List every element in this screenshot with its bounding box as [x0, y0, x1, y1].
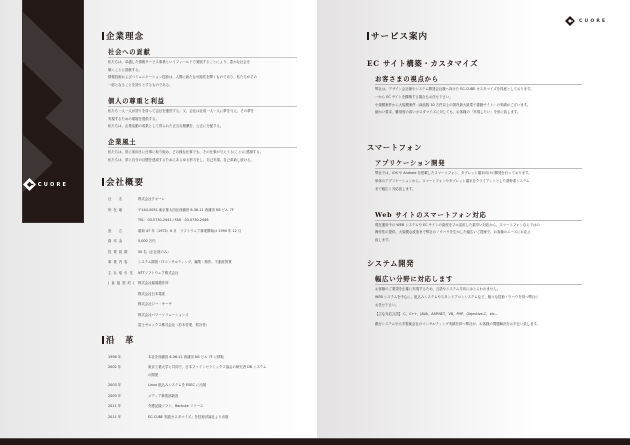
paragraph: 私たち一人一人が誇りを持って会社を運営する。又、会社は社員一人一人に夢を与え、そ…: [108, 108, 297, 131]
history-row: 2003 年Linux 組込みシステムを ESEC に出展: [108, 379, 297, 390]
history-row: 2011 年EC-CUBE 実践カスタマイズ」を技術評論社より出版: [108, 411, 297, 422]
profile-row: 主な取引先NTTソフトウェア株式会社: [108, 267, 297, 278]
profile-row: 従業員数50 名（正社員のみ）: [108, 246, 297, 257]
subsection-title: Web サイトのスマートフォン対応: [375, 210, 582, 221]
company-profile-section: 会社概要 社 名株式会社クオーレ 所在地〒144-0051 東京都大田区西蒲田 …: [102, 176, 297, 330]
header-logo: CUORE: [565, 16, 607, 26]
service-heading: システム開発: [367, 259, 582, 269]
service-ec: EC サイト構築・カスタマイズ お客さまの視点から 弊社は、デザイン会社様やシス…: [367, 59, 582, 117]
profile-row: 資本金5,000 万円: [108, 235, 297, 246]
section-title: 会社概要: [102, 176, 297, 188]
profile-row: 株式会社パワーソリューションズ: [108, 309, 297, 320]
subsection-title: アプリケーション開発: [375, 158, 582, 169]
service-smartphone: スマートフォン アプリケーション開発 弊社では、iOS や Android を搭…: [367, 143, 582, 245]
paragraph: お客様のご要望を正確に実現するため、言語やシステム方向にはとらわれません。 WE…: [375, 286, 582, 329]
profile-row: 設 立昭和 47 年（1972）6 月 ソフトウェア事業開始は 1990 年 1…: [108, 225, 297, 236]
profile-row: (直接契約)株式会社堀場製作所: [108, 277, 297, 288]
left-page: CUORE 企業理念 社会への貢献 私たちは、卓越した情報サービス事業というフィ…: [0, 0, 317, 438]
history-row: 2009 年メディア事業部新設: [108, 390, 297, 401]
profile-row: 富士ゼロックス株式会社（杉本営業、熊谷営）: [108, 319, 297, 330]
paragraph: 私たちは、常に前向きに仕事に取り組め、どの様な仕事でも、その仕事が与えうる(こと…: [108, 149, 297, 164]
subsection-title: 企業風土: [108, 137, 297, 148]
cuore-logo-mark-icon: [23, 178, 36, 191]
header-logo-text: CUORE: [579, 19, 607, 24]
history-row: 2011 年介護記録ソフト、Rachute リリース: [108, 400, 297, 411]
history-section: 沿 革 1998 年本社を西蒲田 6-36-11 西蒲田 NS ビル 7F に移…: [102, 334, 297, 422]
left-content: 企業理念 社会への貢献 私たちは、卓越した情報サービス事業というフィールドで発展…: [102, 30, 297, 421]
service-heading: EC サイト構築・カスタマイズ: [367, 59, 582, 69]
brand-banner: CUORE: [22, 0, 84, 223]
service-heading: スマートフォン: [367, 143, 582, 153]
title-bar-icon: [102, 32, 104, 40]
profile-row: 社 名株式会社クオーレ: [108, 193, 297, 204]
right-content: サービス案内 EC サイト構築・カスタマイズ お客さまの視点から 弊社は、デザイ…: [367, 30, 582, 339]
paragraph: 弊社では、iOS や Android を搭載したスマートフォン、タブレット端末向…: [375, 170, 582, 193]
paragraph: 弊社は、デザイン会社様やシステム開発会社様へ向けた EC-CUBE カスタマイズ…: [375, 86, 582, 117]
profile-row: 株式会社ジー・サーチ: [108, 298, 297, 309]
title-bar-icon: [102, 336, 104, 344]
subsection-title: 幅広い分野に対応します: [375, 274, 582, 285]
subsection-title: お客さまの視点から: [375, 74, 582, 85]
history-table: 1998 年本社を西蒲田 6-36-11 西蒲田 NS ビル 7F に移転 20…: [108, 351, 297, 422]
paragraph: 私たちは、卓越した情報サービス事業というフィールドで発展することにより、豊かな社…: [108, 59, 297, 90]
history-row: 1998 年本社を西蒲田 6-36-11 西蒲田 NS ビル 7F に移転: [108, 351, 297, 362]
section-title: 沿 革: [102, 334, 297, 346]
paragraph: 現在運用中の WEB システムや EC サイトの資産をフル活用した素早い対応から…: [375, 222, 582, 245]
title-bar-icon: [102, 178, 104, 186]
cuore-logo-mark-icon: [565, 16, 575, 26]
profile-table: 社 名株式会社クオーレ 所在地〒144-0051 東京都大田区西蒲田 6-36-…: [108, 193, 297, 330]
service-system: システム開発 幅広い分野に対応します お客様のご要望を正確に実現するため、言語や…: [367, 259, 582, 329]
subsection-title: 個人の尊重と利益: [108, 96, 297, 107]
section-title: 企業理念: [102, 30, 297, 42]
subsection-title: 社会への貢献: [108, 47, 297, 58]
profile-row: 事業内容システム開発・ITコンサルティング、編集・制作、不動産賃貸: [108, 256, 297, 267]
history-row: 2002 年東京工業大学と共同で、日本ファインセラミックス協会の研究者 DB シ…: [108, 361, 297, 379]
profile-row: TEL：03-5730-2441 / FAX：03-5730-2446: [108, 214, 297, 225]
section-title: サービス案内: [367, 30, 582, 42]
title-bar-icon: [367, 32, 369, 40]
banner-logo: CUORE: [23, 178, 83, 188]
philosophy-section: 企業理念 社会への貢献 私たちは、卓越した情報サービス事業というフィールドで発展…: [102, 30, 297, 164]
profile-row: 所在地〒144-0051 東京都大田区西蒲田 6-36-11 西蒲田 NS ビル…: [108, 204, 297, 215]
profile-row: 株式会社日本電産: [108, 288, 297, 299]
bottom-edge-bar: [0, 438, 630, 445]
